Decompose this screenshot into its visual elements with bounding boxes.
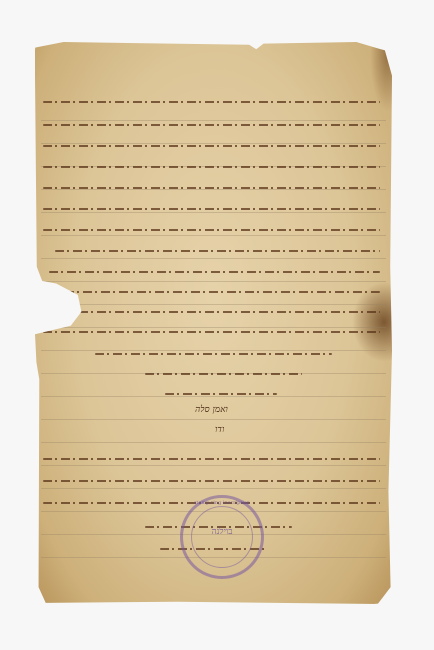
stamp-inner-ring — [191, 506, 253, 568]
ruled-line — [41, 442, 386, 443]
closing-line — [165, 387, 277, 400]
ruled-line — [41, 258, 386, 259]
body-line — [43, 305, 380, 318]
signature-line: ואמן סלה — [195, 404, 228, 415]
body-line — [55, 244, 380, 257]
postscript-line — [43, 452, 380, 465]
body-line — [43, 181, 380, 194]
official-stamp: stamp ring inscription בוילנה — [180, 495, 264, 579]
closing-line — [145, 367, 302, 380]
ruled-line — [41, 281, 386, 282]
body-line — [43, 118, 380, 131]
body-line — [43, 95, 380, 108]
body-line — [43, 202, 380, 215]
signature-line: ודו — [215, 424, 224, 435]
closing-line — [95, 347, 332, 360]
ruled-line — [41, 419, 386, 420]
body-line — [43, 139, 380, 152]
body-line — [43, 223, 380, 236]
ruled-line — [41, 465, 386, 466]
body-line — [43, 325, 380, 338]
body-line — [49, 265, 380, 278]
ruled-line — [41, 488, 386, 489]
body-line — [43, 160, 380, 173]
body-line — [47, 285, 380, 298]
stamp-center-text: בוילנה — [183, 526, 261, 537]
postscript-line — [43, 474, 380, 487]
